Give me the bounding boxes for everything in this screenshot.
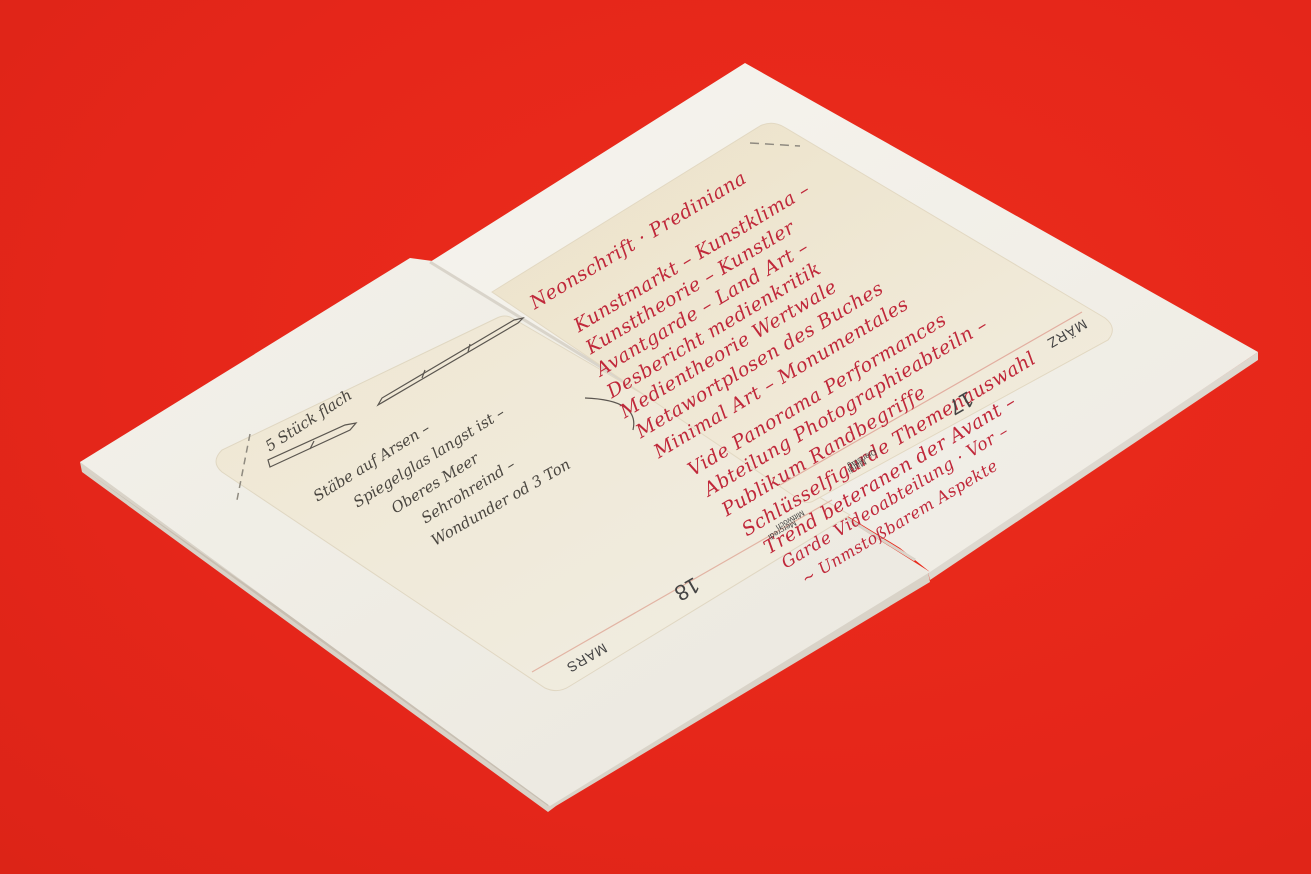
booklet-illustration [0,0,1311,874]
